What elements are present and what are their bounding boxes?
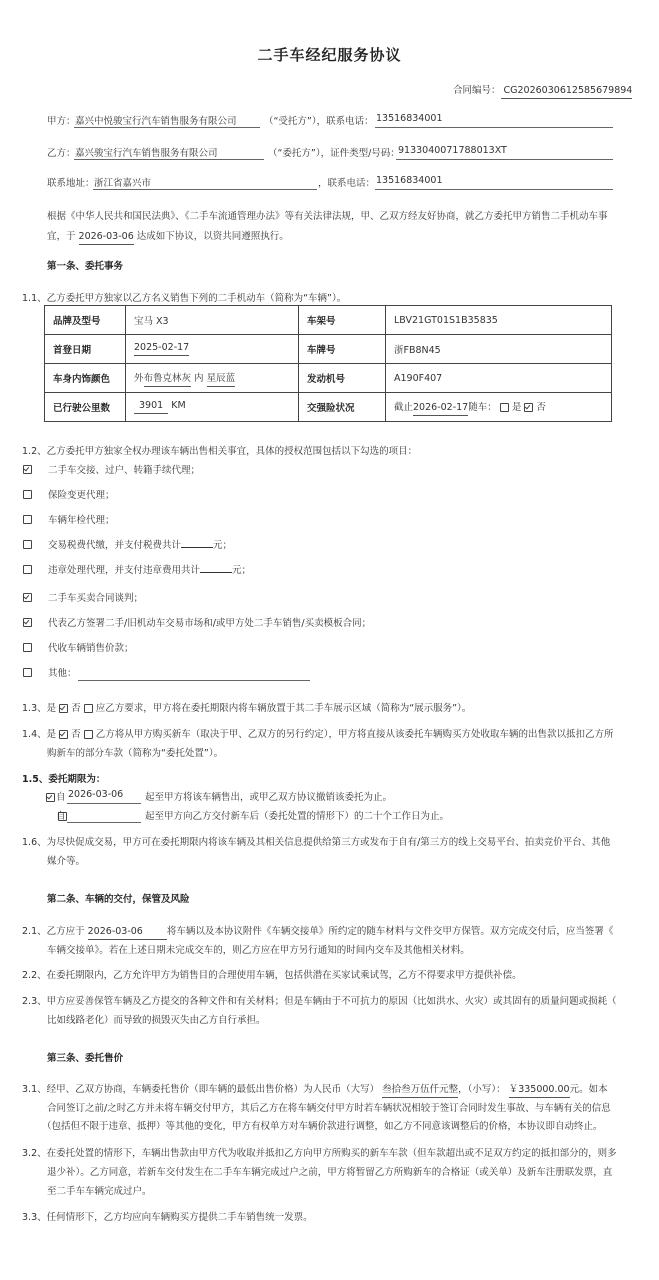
- preamble-text: 宜，于: [47, 231, 79, 242]
- party-a-name: 嘉兴中悦骏宝行汽车销售服务有限公司: [75, 113, 237, 127]
- insurance-no-checkbox[interactable]: [524, 403, 533, 412]
- item-label-insurance: 保险变更代理；: [48, 487, 115, 501]
- clause-3-2-line2: 退少补）。乙方同意，若新车交付发生在二手车车辆完成过户之前，甲方将暂留乙方所购新…: [47, 1164, 612, 1178]
- c13-no-checkbox[interactable]: [84, 704, 93, 713]
- brand-label: 品牌及型号: [45, 306, 126, 335]
- c21-text: 2.1、乙方应于: [22, 926, 88, 937]
- clause-2-3-line1: 2.3、甲方应妥善保管车辆及乙方提交的各种文件和有关材料；但是车辆由于不可抗力的…: [22, 993, 617, 1007]
- insurance-yes-checkbox[interactable]: [500, 403, 509, 412]
- c14-yes-label: 1.4、是: [22, 729, 59, 740]
- agreement-date: 2026-03-06: [79, 231, 134, 245]
- item-label-collect-payment: 代收车辆销售价款；: [48, 640, 134, 654]
- table-row: 车身内饰颜色 外布鲁克林灰 内 星辰蓝 发动机号 A190F407: [45, 364, 612, 393]
- term-option1-prefix: 自: [56, 789, 66, 803]
- c13-yes-label: 1.3、是: [22, 703, 59, 714]
- clause-2-2: 2.2、在委托期限内，乙方允许甲方为销售目的合理使用车辆，包括供潜在买家试乘试驾…: [22, 967, 522, 981]
- item-checkbox-violation[interactable]: [23, 565, 32, 574]
- clause-3-2-line1: 3.2、在委托处置的情形下，车辆出售款由甲方代为收取并抵扣乙方向甲方所购买的新车…: [22, 1145, 617, 1159]
- insurance-date: 2026-02-17: [413, 402, 468, 416]
- contract-number-label: 合同编号：: [453, 85, 501, 96]
- color-interior: 星辰蓝: [207, 370, 236, 387]
- other-input-line[interactable]: [78, 680, 310, 681]
- violation-amount-blank[interactable]: [200, 564, 232, 573]
- item-checkbox-other[interactable]: [23, 668, 32, 677]
- party-a-label: 甲方：: [47, 113, 76, 127]
- term-option1-text: 起至甲方将该车辆售出，或甲乙双方协议撤销该委托为止。: [145, 789, 392, 803]
- item-checkbox-inspection[interactable]: [23, 515, 32, 524]
- clause-3-2-line3: 至二手车车辆完成过户。: [47, 1183, 152, 1197]
- item-label-inspection: 车辆年检代理；: [48, 512, 115, 526]
- clause-1-6-line2: 媒介等。: [47, 853, 85, 867]
- mileage-unit: KM: [171, 400, 185, 411]
- item-checkbox-tax[interactable]: [23, 540, 32, 549]
- vin-value: LBV21GT01S1B35835: [386, 306, 612, 335]
- reg-date-cell: 2025-02-17: [126, 335, 299, 364]
- party-b-label: 乙方：: [47, 145, 76, 159]
- term-option2-prefix: 自: [56, 808, 66, 822]
- party-b-id-underline: [396, 159, 613, 160]
- c31-mid: ，（小写）：: [458, 1084, 506, 1095]
- clause-1-4: 1.4、是 否 乙方将从甲方购买新车（取决于甲、乙双方的另行约定），甲方将直接从…: [22, 726, 613, 740]
- price-uppercase: 叁拾叁万伍仟元整: [382, 1081, 458, 1098]
- clause-2-1: 2.1、乙方应于 2026-03-06将车辆以及本协议附件《车辆交接单》所约定的…: [22, 923, 613, 940]
- violation-text: 违章处理代理，并支付违章费用共计: [48, 565, 200, 576]
- mileage-cell: 3901 KM: [126, 393, 299, 422]
- color-out-prefix: 外: [134, 373, 144, 384]
- violation-unit: 元；: [232, 565, 251, 576]
- reg-date-value: 2025-02-17: [134, 342, 189, 356]
- section1-heading: 第一条、委托事务: [47, 258, 123, 272]
- c13-yes-checkbox[interactable]: [59, 704, 68, 713]
- item-label-negotiation: 二手车买卖合同谈判；: [48, 590, 143, 604]
- section2-heading: 第二条、车辆的交付，保管及风险: [47, 891, 190, 905]
- c31-text: 3.1、经甲、乙双方协商，车辆委托售价（即车辆的最低出售价格）为人民币（大写）: [22, 1084, 379, 1095]
- c13-no-label: 否: [68, 703, 84, 714]
- party-a-phone-underline: [375, 127, 613, 128]
- contract-number-value: CG2026030612585679894: [501, 85, 633, 99]
- c31-end: 元。如本: [570, 1084, 608, 1095]
- party-b-name: 嘉兴骏宝行汽车销售服务有限公司: [75, 145, 218, 159]
- item-label-violation: 违章处理代理，并支付违章费用共计元；: [48, 562, 251, 576]
- term-option2-text: 起至甲方向乙方交付新车后（委托处置的情形下）的二十个工作日为止。: [145, 808, 449, 822]
- vehicle-info-table: 品牌及型号 宝马 X3 车架号 LBV21GT01S1B35835 首登日期 2…: [44, 305, 612, 422]
- clause-1-1: 1.1、乙方委托甲方独家以乙方名义销售下列的二手机动车（简称为“车辆”）。: [22, 290, 346, 304]
- term-option1-underline: [67, 803, 141, 804]
- insurance-label: 交强险状况: [299, 393, 386, 422]
- item-label-transfer: 二手车交接、过户、转籍手续代理；: [48, 462, 200, 476]
- c14-no-label: 否: [68, 729, 84, 740]
- term-option1-date: 2026-03-06: [68, 789, 123, 800]
- insurance-cell: 截止2026-02-17随车： 是 否: [386, 393, 612, 422]
- address-label: 联系地址：: [47, 175, 95, 189]
- document-title: 二手车经纪服务协议: [0, 44, 659, 65]
- color-cell: 外布鲁克林灰 内 星辰蓝: [126, 364, 299, 393]
- clause-1-6-line1: 1.6、为尽快促成交易，甲方可在委托期限内将该车辆及其相关信息提供给第三方或发布…: [22, 834, 610, 848]
- mileage-value: 3901: [134, 400, 168, 414]
- engine-label: 发动机号: [299, 364, 386, 393]
- term-option2-date-blank[interactable]: [67, 822, 141, 823]
- item-checkbox-insurance[interactable]: [23, 490, 32, 499]
- mileage-label: 已行驶公里数: [45, 393, 126, 422]
- insurance-suffix: 随车：: [468, 402, 497, 413]
- party-a-role: （“受托方”），联系电话：: [264, 113, 374, 127]
- item-label-sign-contract: 代表乙方签署二手/旧机动车交易市场和/或甲方处二手车销售/买卖模板合同；: [48, 615, 371, 629]
- tax-text: 交易税费代缴，并支付税费共计: [48, 540, 181, 551]
- c21-text-end: 将车辆以及本协议附件《车辆交接单》所约定的随车材料与文件交甲方保管。双方完成交付…: [167, 926, 614, 937]
- clause-1-3: 1.3、是 否 应乙方要求，甲方将在委托期限内将车辆放置于其二手车展示区域（简称…: [22, 700, 471, 714]
- c14-text: 乙方将从甲方购买新车（取决于甲、乙双方的另行约定），甲方将直接从该委托车辆购买方…: [93, 729, 614, 740]
- insurance-no-label: 否: [536, 402, 546, 413]
- clause-3-1-line2: 合同签订之前/之时乙方并未将车辆交付甲方，其后乙方在将车辆交付甲方时若车辆状况相…: [47, 1100, 611, 1114]
- vin-label: 车架号: [299, 306, 386, 335]
- preamble-line2: 宜，于 2026-03-06 达成如下协议，以资共同遵照执行。: [47, 228, 289, 245]
- color-exterior: 布鲁克林灰: [144, 370, 192, 387]
- engine-value: A190F407: [386, 364, 612, 393]
- clause-1-4-line2: 购新车的部分车款（简称为“委托处置”）。: [47, 745, 223, 759]
- clause-2-1-line2: 车辆交接单》。若在上述日期未完成交车的，则乙方应在甲方另行通知的时间内交车及其他…: [47, 942, 470, 956]
- address-phone-label: ，联系电话：: [318, 175, 375, 189]
- tax-unit: 元；: [213, 540, 232, 551]
- preamble-text-end: 达成如下协议，以资共同遵照执行。: [134, 231, 289, 242]
- color-label: 车身内饰颜色: [45, 364, 126, 393]
- clause-2-3-line2: 比如线路老化）而导致的损毁灭失由乙方自行承担。: [47, 1012, 266, 1026]
- address-underline: [93, 189, 317, 190]
- address-phone-underline: [375, 189, 613, 190]
- party-a-name-underline: [74, 127, 260, 128]
- clause-1-2: 1.2、乙方委托甲方独家全权办理该车辆出售相关事宜，具体的授权范围包括以下勾选的…: [22, 443, 417, 457]
- item-checkbox-collect-payment[interactable]: [23, 643, 32, 652]
- reg-date-label: 首登日期: [45, 335, 126, 364]
- clause-3-1: 3.1、经甲、乙双方协商，车辆委托售价（即车辆的最低出售价格）为人民币（大写） …: [22, 1081, 608, 1098]
- plate-label: 车牌号: [299, 335, 386, 364]
- item-label-tax: 交易税费代缴，并支付税费共计元；: [48, 537, 232, 551]
- clause-1-5: 1.5、委托期限为：: [22, 771, 105, 785]
- party-b-id: 9133040071788013XT: [398, 145, 507, 156]
- plate-value: 浙FB8N45: [386, 335, 612, 364]
- insurance-prefix: 截止: [394, 402, 413, 413]
- party-a-phone: 13516834001: [376, 113, 443, 124]
- item-checkbox-sign-contract[interactable]: [23, 618, 32, 627]
- party-b-name-underline: [74, 159, 264, 160]
- clause-3-3: 3.3、任何情形下，乙方均应向车辆购买方提供二手车销售统一发票。: [22, 1209, 313, 1223]
- table-row: 已行驶公里数 3901 KM 交强险状况 截止2026-02-17随车： 是 否: [45, 393, 612, 422]
- delivery-date: 2026-03-06: [88, 926, 167, 940]
- term-option1-checkbox[interactable]: [46, 793, 55, 802]
- address-phone: 13516834001: [376, 175, 443, 186]
- party-b-role: （“委托方”），证件类型/号码：: [268, 145, 400, 159]
- item-checkbox-negotiation[interactable]: [23, 593, 32, 602]
- brand-value: 宝马 X3: [126, 306, 299, 335]
- preamble-line1: 根据《中华人民共和国民法典》、《二手车流通管理办法》等有关法律法规，甲、乙双方经…: [47, 208, 608, 222]
- clause-3-1-line3: （包括但不限于违章、抵押）等其他的变化，甲方有权单方对车辆价款进行调整，如乙方不…: [42, 1118, 603, 1132]
- c13-text: 应乙方要求，甲方将在委托期限内将车辆放置于其二手车展示区域（简称为“展示服务”）…: [93, 703, 472, 714]
- insurance-yes-label: 是: [512, 402, 522, 413]
- contract-number-row: 合同编号：CG2026030612585679894: [453, 82, 632, 99]
- item-label-other: 其他：: [48, 665, 77, 679]
- c14-yes-checkbox[interactable]: [59, 730, 68, 739]
- c14-no-checkbox[interactable]: [84, 730, 93, 739]
- price-lowercase: ￥335000.00: [509, 1081, 570, 1098]
- color-in-prefix: 内: [191, 373, 207, 384]
- item-checkbox-transfer[interactable]: [23, 465, 32, 474]
- table-row: 品牌及型号 宝马 X3 车架号 LBV21GT01S1B35835: [45, 306, 612, 335]
- section3-heading: 第三条、委托售价: [47, 1050, 123, 1064]
- tax-amount-blank[interactable]: [181, 539, 213, 548]
- table-row: 首登日期 2025-02-17 车牌号 浙FB8N45: [45, 335, 612, 364]
- address-value: 浙江省嘉兴市: [94, 175, 151, 189]
